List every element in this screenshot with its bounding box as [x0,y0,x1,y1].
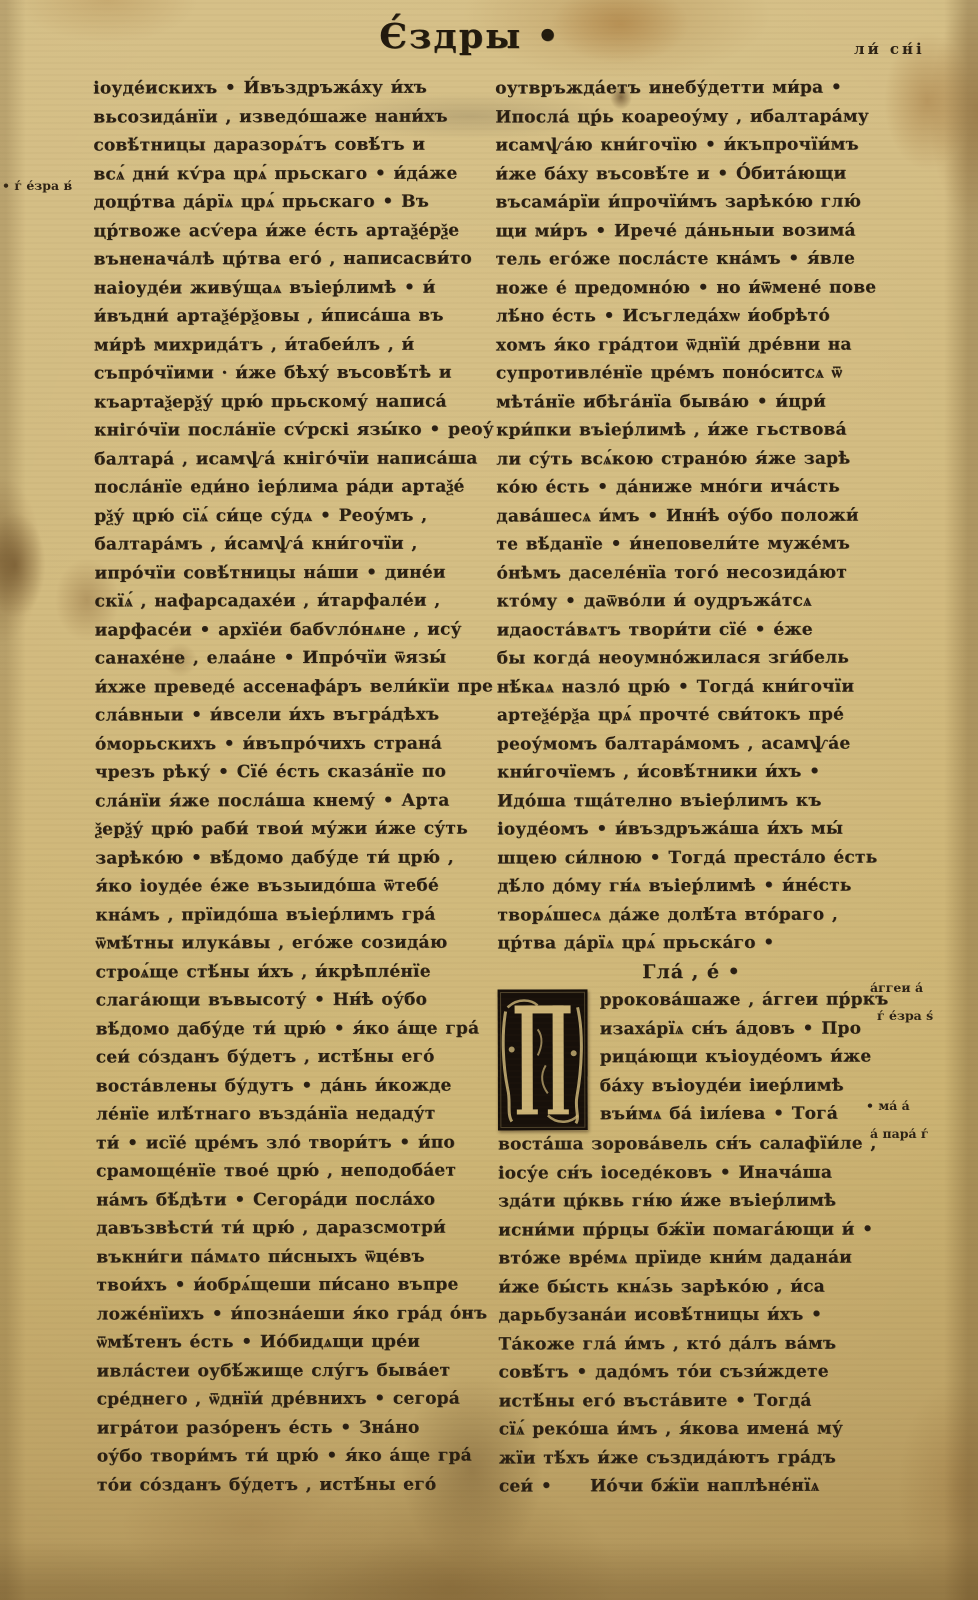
text-line: ипро́чїи совѣ́тницы на́ши • дине́и [94,558,486,588]
text-line: мѣта́нїе ибѣга́нїа быва́ю • и́цри́ [496,387,884,417]
text-line: ѯерѯу́ црю́ раби́ твои́ му́жи и́же су́ть [95,814,487,844]
text-line: реоу́момъ балтара́момъ , асамѱа́е [497,729,885,759]
text-line: истѣ́ны его́ въста́вите • Тогда́ [499,1386,887,1416]
text-line: доцр́тва да́рїѧ црѧ́ прьскаго • Въ [93,187,485,217]
ink-blot [0,505,50,625]
text-line: ложе́нїихъ • и́позна́еши я́ко гра́д о́нъ [96,1299,488,1329]
margin-note-left: • ѓ е́зра в́ [2,178,72,193]
text-line: въкни́ги па́мѧто пи́сныхъ ѿце́въ [96,1242,488,1272]
text-line: дава́шесѧ и́мъ • Инн́ѣ оу́бо положи́ [496,501,884,531]
text-line: срамоще́нїе твое́ црю́ , неподоба́ет [96,1156,488,1186]
text-line: іоуде́искихъ • И́въздръжа́ху и́хъ [93,73,485,103]
text-line: іосу́е сн́ъ іоседе́ковъ • Инача́ша [498,1158,886,1188]
book-page: Є́здры • ли́ сн́і • ѓ е́зра в́ а́ггеи а́… [0,0,978,1600]
text-line: нѣ́каѧ назло́ црю́ • Тогда́ кни́гочїи [497,672,885,702]
text-line: сїѧ́ реко́ша и́мъ , я́кова имена́ му́ [499,1414,887,1444]
text-line: санахе́не , елаа́не • Ипро́чїи ѿязы́ [95,643,487,673]
text-line: творѧ́шесѧ да́же долѣ́та вто́раго , [497,900,885,930]
text-line: давъзвѣсти́ ти́ црю́ , даразсмотри́ [96,1213,488,1243]
paper-stain [545,0,695,67]
text-line: вѣ́домо дабу́де ти́ црю́ • я́ко а́ще гра… [96,1014,488,1044]
text-line: вьсозида́нїи , изведо́шаже нани́хъ [93,102,485,132]
column-left: іоуде́искихъ • И́въздръжа́ху и́хъвьсозид… [93,73,489,1499]
text-line: скїѧ́ , нафарсадахе́и , и́тарфале́и , [94,586,486,616]
text-line: игра́тои разо́ренъ е́сть • Зна́но [97,1413,489,1443]
text-line: къартаѯерѯу́ црю́ прьскому́ написа́ [94,387,486,417]
text-line: наіоуде́и живу́щаѧ въіер́лимѣ • и́ [94,273,486,303]
running-title: Є́здры • [379,16,561,57]
text-line: артеѯе́рѯа црѧ́ прочте́ сви́токъ пре́ [497,700,885,730]
chapter-opening: ррокова́шаже , а́ггеи пр́ркъизаха́рїѧ сн… [498,985,886,1129]
text-line: на́мъ бѣ́дѣти • Сегора́ди посла́хо [96,1185,488,1215]
column-right-part1: оутвръжда́етъ инебу́детти ми́ра •Ипосла́… [495,73,885,958]
text-line: въсама́рїи и́прочїи́мъ зарѣко́ю глю́ [495,187,883,217]
column-right-part2: воста́ша зорова́вель сн́ъ салафїи́ле ,іо… [498,1129,887,1501]
text-line: ѿмѣ́тенъ е́сть • Ио́бидѧщи цре́и [96,1327,488,1357]
text-line: ли су́ть всѧ́кою страно́ю я́же зарѣ [496,444,884,474]
text-line: сла́вныи • и́всели и́хъ въгра́дѣхъ [95,700,487,730]
text-line: воста́влены бу́дутъ • да́нь и́кожде [96,1071,488,1101]
ornamental-initial-P-woodcut [498,989,588,1130]
text-line: жїи тѣ́хъ и́же създида́ютъ гра́дъ [499,1443,887,1473]
text-line: цр́твоже асѵ́ера и́же е́сть артаѯе́рѯе [94,216,486,246]
text-line: вто́же вре́мѧ прїиде кни́м дадана́и [498,1243,886,1273]
text-line: съпро́чїими · и́же бѣху́ въсовѣ́тѣ и [94,358,486,388]
text-line: кни́гочїемъ , и́совѣ́тники и́хъ • [497,757,885,787]
text-line: сеи́ со́зданъ бу́детъ , истѣ́ны его́ [96,1042,488,1072]
text-line: твои́хъ • и́обрѧ́щеши пи́сано въпре [96,1270,488,1300]
text-line: ле́нїе илѣ́тнаго възда́нїа недаду́т [96,1099,488,1129]
text-line: то́и со́зданъ бу́детъ , истѣ́ны его́ [97,1470,489,1500]
text-line: и́въдни́ артаѯе́рѯовы , и́писа́ша въ [94,301,486,331]
chapter-heading: Гла́ , е́ • [497,957,885,987]
text-line: ти́ • исїе́ цре́мъ зло́ твори́тъ • и́по [96,1128,488,1158]
text-line: тель его́же посла́сте кна́мъ • я́вле [496,244,884,274]
text-line: сре́днего , ѿднїи́ дре́внихъ • сегора́ [97,1384,489,1414]
text-line: дѣ́ло до́му гн́ѧ въіер́лимѣ • и́не́сть [497,871,885,901]
text-line: идаоста́вѧтъ твори́ти сїе́ • е́же [497,615,885,645]
text-line: иарфасе́и • архїе́и бабѵло́нѧне , ису́ [95,615,487,645]
text-line: чрезъ рѣку́ • Сїе́ е́сть сказа́нїе по [95,757,487,787]
text-line: кніго́чїи посла́нїе сѵ́рскі язы́ко • рео… [94,415,486,445]
text-line: супротивле́нїе цре́мъ поно́ситсѧ ѿ [496,358,884,388]
text-line: хомъ я́ко гра́дтои ѿднїи́ дре́вни на [496,330,884,360]
text-line: те вѣ́данїе • и́неповели́те муже́мъ [496,529,884,559]
text-line: сеи́ • Ио́чи бж́їи наплѣне́нїѧ [499,1471,887,1501]
text-line: и́же ба́ху въсовѣ́те и • О́бита́ющи [495,159,883,189]
text-line: ноже е́ предомно́ю • но и́ѿмене́ пове [496,273,884,303]
text-line: оу́бо твори́мъ ти́ црю́ • я́ко а́ще гра́ [97,1441,489,1471]
text-line: лѣ́но е́сть • Исъгледа́хѡ и́обрѣто́ [496,301,884,331]
text-line: всѧ́ дни́ кѵ́ра црѧ́ прьскаго • и́да́же [93,159,485,189]
text-line: строѧ́ще стѣ́ны и́хъ , и́крѣпле́нїе [95,957,487,987]
text-line: и́же бы́сть кнѧ́зь зарѣко́ю , и́са [498,1272,886,1302]
text-line: воста́ша зорова́вель сн́ъ салафїи́ле , [498,1129,886,1159]
text-line: зарѣко́ю • вѣ́домо дабу́де ти́ црю́ , [95,843,487,873]
text-line: въненача́лѣ цр́тва его́ , написасви́то [94,244,486,274]
text-line: оутвръжда́етъ инебу́детти ми́ра • [495,73,883,103]
text-line: сла́нїи я́же посла́ша кнему́ • Арта [95,786,487,816]
text-line: рѯу́ црю́ сїѧ́ си́це су́дѧ • Реоу́мъ , [94,501,486,531]
text-line: бы когда́ неоумно́жилася зги́бель [497,643,885,673]
text-line: цр́тва да́рїѧ црѧ́ прьска́го • [497,928,885,958]
text-line: іоуде́омъ • и́въздръжа́ша и́хъ мы́ [497,814,885,844]
text-line: ѿмѣ́тны илука́вы , его́же созида́ю [95,928,487,958]
column-right: оутвръжда́етъ инебу́детти ми́ра •Ипосла́… [495,73,887,1501]
text-line: и́хже преведе́ ассенафа́ръ вели́кїи пре [95,672,487,702]
text-line: я́ко іоуде́е е́же възыидо́ша ѿтебе́ [95,871,487,901]
text-line: щи ми́ръ • Ирече́ да́ньныи возима́ [496,216,884,246]
paper-stain [893,1370,978,1600]
text-line: ми́рѣ михрида́тъ , и́табеи́лъ , и́ [94,330,486,360]
text-line: Идо́ша тща́телно въіер́лимъ къ [497,786,885,816]
text-line: дарьбузана́и исовѣ́тницы и́хъ • [498,1300,886,1330]
text-line: Ипосла́ цр́ь коареоу́му , ибалтара́му [495,102,883,132]
text-line: Та́коже гла́ и́мъ , кто́ да́лъ ва́мъ [498,1329,886,1359]
text-line: ко́ю е́сть • да́ниже мно́ги ича́сть [496,472,884,502]
text-line: исни́ми пр́рцы бж́їи помага́ющи и́ • [498,1215,886,1245]
text-line: о́нѣмъ даселе́нїа того́ несозида́ют [496,558,884,588]
text-line: совѣ́тъ • дадо́мъ то́и съзи́ждете [498,1357,886,1387]
text-line: шцею си́лною • Тогда́ преста́ло е́сть [497,843,885,873]
text-line: посла́нїе еди́но іер́лима ра́ди артаѯе́ [94,472,486,502]
text-line: кто́му • даѿво́ли и́ оудръжа́тсѧ [496,586,884,616]
text-line: кри́пки въіер́лимѣ , и́же гьствова́ [496,415,884,445]
text-line: о́морьскихъ • и́въпро́чихъ страна́ [95,729,487,759]
text-line: совѣ́тницы даразорѧ́тъ совѣ́тъ и [93,130,485,160]
text-line: балтара́мъ , и́самѱа́ кни́гочїи , [94,529,486,559]
text-line: зда́ти цр́квь гн́ю и́же въіер́лимѣ [498,1186,886,1216]
text-line: ивла́стеи оубѣ́жище слу́гъ быва́ет [96,1356,488,1386]
text-line: слага́ющи въвысоту́ • Нн́ѣ оу́бо [96,985,488,1015]
text-line: кна́мъ , прїидо́ша въіер́лимъ гра́ [95,900,487,930]
folio-mark: ли́ сн́і [854,40,925,58]
text-line: исамѱа́ю кни́гочїю • и́къпрочїи́мъ [495,130,883,160]
text-line: балтара́ , исамѱа́ кніго́чїи написа́ша [94,444,486,474]
